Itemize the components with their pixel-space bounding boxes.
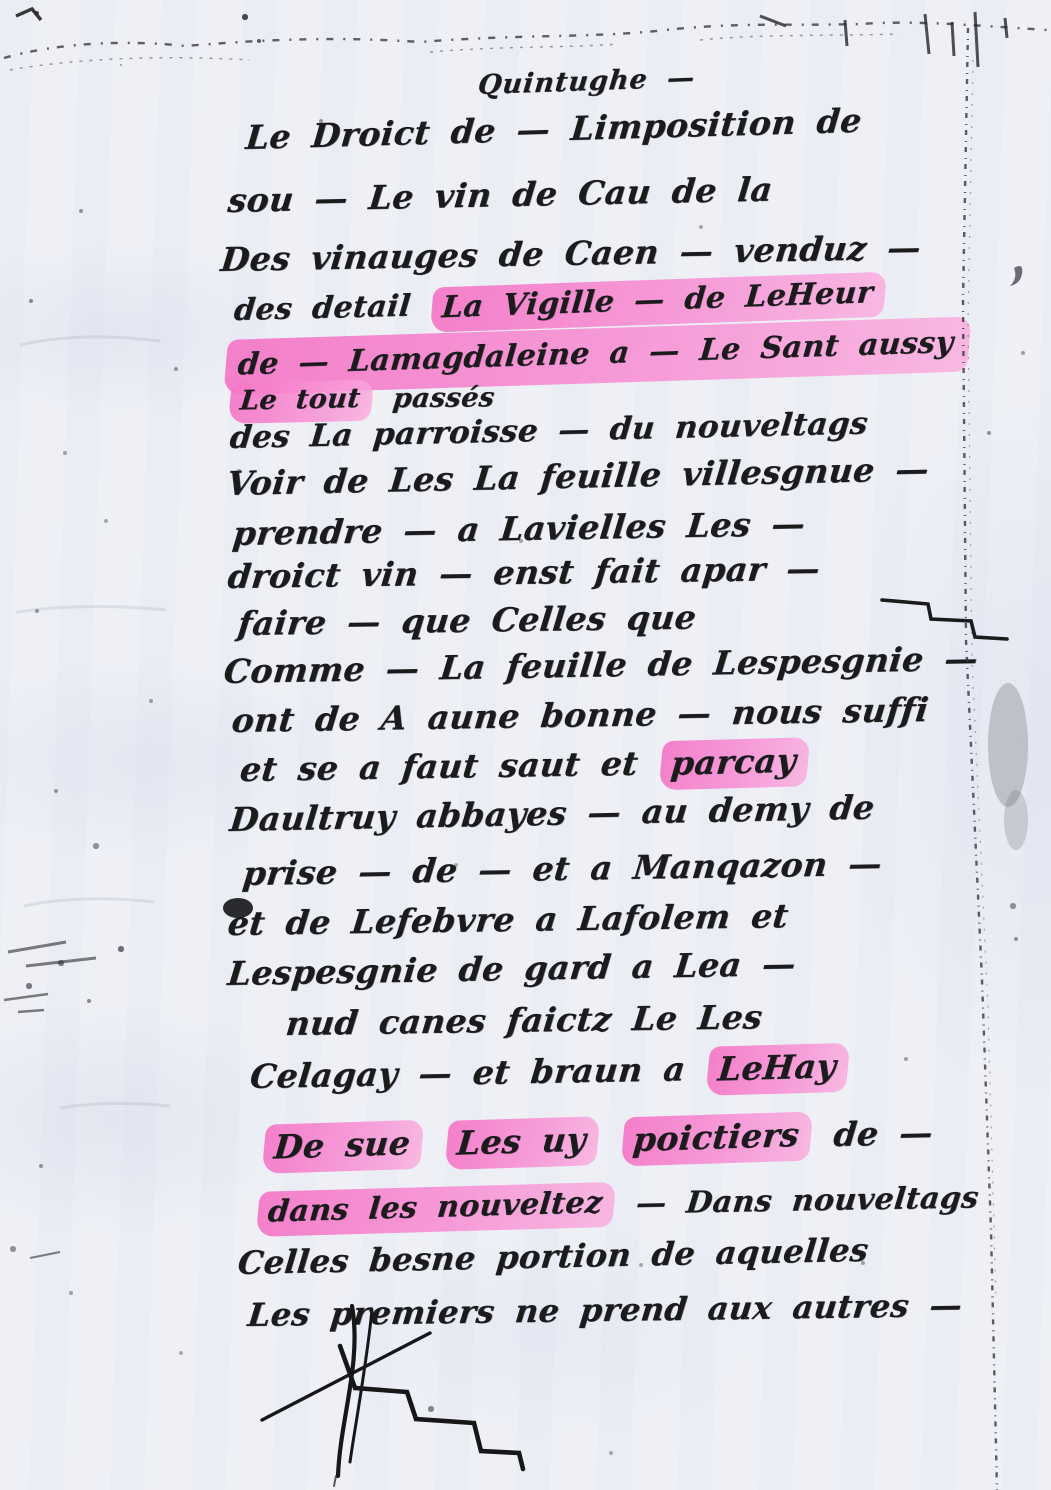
manuscript-line: prendre — a Lavielles Les — (231, 504, 807, 553)
manuscript-line: dans les nouveltez — Dans nouveltags (254, 1177, 981, 1235)
manuscript-line: et se a faut saut et parcay (237, 738, 812, 796)
manuscript-word-segment: Daultruy abbayes — au demy de (228, 788, 877, 839)
manuscript-word-segment: Le Droict de — Limposition de (244, 101, 863, 157)
highlighted-word-segment: Les uy (445, 1116, 600, 1170)
top-edge-smudge (4, 23, 1048, 58)
manuscript-word-segment: — Dans nouveltags (634, 1180, 980, 1221)
manuscript-word-segment: passés (391, 382, 496, 414)
manuscript-word-segment: Voir de Les La feuille villesgnue — (225, 449, 931, 503)
manuscript-word-segment: droict vin — enst fait apar — (226, 549, 822, 596)
manuscript-line: Voir de Les La feuille villesgnue — (225, 449, 931, 503)
manuscript-word-segment: ont de A aune bonne — nous suffi (230, 690, 931, 740)
highlighted-word-segment: dans les nouveltez (256, 1182, 617, 1237)
paper-speckles (0, 0, 2, 2)
manuscript-line: ont de A aune bonne — nous suffi (230, 690, 931, 740)
manuscript-line: Lespesgnie de gard a Lea — (226, 944, 798, 993)
manuscript-line: et de Lefebvre a Lafolem et (226, 896, 791, 943)
manuscript-word-segment: Les premiers ne prend aux autres — (246, 1286, 964, 1334)
manuscript-line: Comme — La feuille de Lespesgnie — (222, 639, 980, 691)
corner-check-mark (16, 9, 41, 20)
manuscript-line: Celagay — et braun a LeHay (247, 1043, 852, 1103)
manuscript-word-segment: nud canes faictz Le Les (284, 997, 765, 1043)
manuscript-line: nud canes faictz Le Les (284, 997, 765, 1043)
manuscript-word-segment: Des vinauges de Caen — venduz — (219, 228, 923, 279)
manuscript-word-segment: prendre — a Lavielles Les — (231, 504, 807, 553)
manuscript-line: Les premiers ne prend aux autres — (246, 1286, 964, 1334)
manuscript-word-segment: Lespesgnie de gard a Lea — (226, 944, 798, 993)
pen-zigzag-flourish (882, 600, 1007, 639)
manuscript-word-segment: Celagay — et braun a (248, 1049, 687, 1096)
manuscript-word-segment: Celles besne portion de aquelles (236, 1231, 870, 1282)
manuscript-line: Le Droict de — Limposition de (244, 101, 863, 157)
manuscript-word-segment: Comme — La feuille de Lespesgnie — (222, 639, 980, 691)
manuscript-word-segment: de — (832, 1113, 935, 1154)
manuscript-line: Des vinauges de Caen — venduz — (219, 228, 923, 279)
manuscript-word-segment: et de Lefebvre a Lafolem et (226, 896, 791, 943)
top-edge-smudge-2 (10, 34, 900, 70)
manuscript-line: Daultruy abbayes — au demy de (228, 788, 877, 839)
manuscript-line: faire — que Celles que (236, 598, 698, 643)
fold-crease-line (963, 28, 997, 1490)
top-right-ink-drips (760, 12, 1007, 67)
fold-crease-line-faint (968, 60, 996, 1300)
right-margin-blotch-2 (1004, 790, 1028, 850)
manuscript-word-segment: et se a faut saut et (238, 744, 640, 789)
right-margin-blotch (988, 683, 1028, 807)
manuscript-line: prise — de — et a Manqazon — (241, 844, 884, 893)
highlighted-word-segment: poictiers (620, 1111, 813, 1166)
manuscript-line: Celles besne portion de aquelles (236, 1231, 870, 1282)
scanned-document-page: Quintughe — Le Droict de — Limposition d… (0, 0, 1051, 1490)
manuscript-line: droict vin — enst fait apar — (226, 549, 822, 596)
left-margin-smudge (4, 942, 96, 1258)
manuscript-word-segment: des detail (232, 289, 412, 328)
comma-mark (1010, 266, 1022, 286)
manuscript-word-segment: faire — que Celles que (236, 598, 698, 643)
ghost-writing-traces (16, 337, 170, 1108)
manuscript-header: Quintughe — (476, 62, 696, 101)
highlighted-word-segment: LeHay (706, 1043, 851, 1096)
highlighted-word-segment: parcay (658, 737, 810, 790)
manuscript-word-segment: prise — de — et a Manqazon — (241, 844, 884, 893)
manuscript-line: De sue Les uy poictiers de — (260, 1110, 936, 1173)
manuscript-line: sou — Le vin de Cau de la (226, 170, 774, 220)
manuscript-word-segment: sou — Le vin de Cau de la (226, 170, 774, 220)
highlighted-word-segment: De sue (262, 1120, 425, 1174)
